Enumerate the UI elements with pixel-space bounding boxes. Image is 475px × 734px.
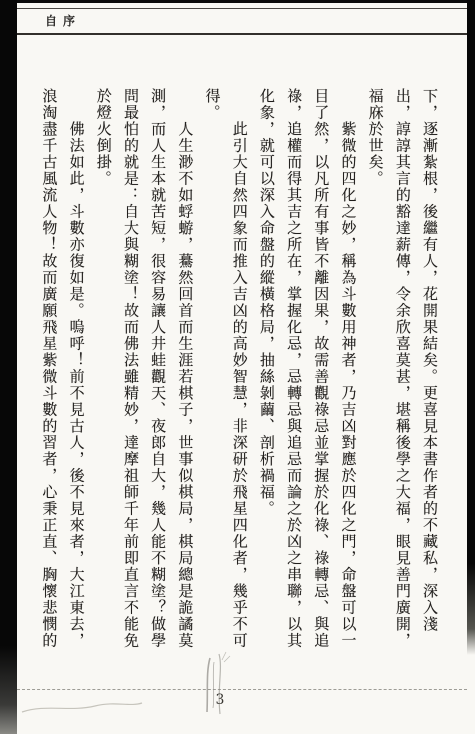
text-column: 此引大自然四象而推入吉凶的高妙智慧，非深研於飛星四化者，幾乎不可 bbox=[225, 88, 252, 654]
text-column: 問最怕的就是：自大與糊塗！故而佛法雖精妙，達摩祖師千年前即直言不能免 bbox=[116, 88, 143, 654]
text-column: 化象，就可以深入命盤的縱橫格局，抽絲剝繭、剖析禍福。 bbox=[252, 88, 279, 654]
text-column: 得。 bbox=[197, 88, 224, 654]
text-column: 測，而人生本就苦短，很容易讓人井蛙觀天、夜郎自大，幾人能不糊塗？做學 bbox=[143, 88, 170, 654]
text-column: 目了然，以凡所有事皆不離因果，故需善觀祿忌並掌握於化祿、祿轉忌、與追 bbox=[306, 88, 333, 654]
running-header-title: 自序 bbox=[45, 12, 81, 29]
header-bottom-rule bbox=[17, 33, 467, 35]
text-column: 出，諄諄其言的豁達薪傳，令余欣喜莫甚，堪稱後學之大福，眼見善門廣開， bbox=[388, 88, 415, 654]
scan-edge-left bbox=[0, 0, 17, 734]
text-column: 佛法如此，斗數亦復如是。嗚呼！前不見古人，後不見來者，大江東去， bbox=[61, 88, 88, 654]
text-column: 下，逐漸紮根，後繼有人，花開果結矣。更喜見本書作者的不藏私，深入淺 bbox=[415, 88, 442, 654]
scan-edge-top bbox=[0, 0, 475, 3]
text-column: 祿，追權而得其吉之所在，掌握化忌，忌轉忌與追忌而論之於凶之串聯，以其 bbox=[279, 88, 306, 654]
text-column: 浪淘盡千古風流人物！故而廣願飛星紫微斗數的習者，心秉正直、胸懷悲憫的 bbox=[34, 88, 61, 654]
page-body-text: 下，逐漸紮根，後繼有人，花開果結矣。更喜見本書作者的不藏私，深入淺出，諄諄其言的… bbox=[34, 88, 442, 654]
text-column: 紫微的四化之妙，稱為斗數用神者，乃吉凶對應於四化之門，命盤可以一 bbox=[333, 88, 360, 654]
scan-edge-right bbox=[467, 0, 475, 655]
text-column: 福庥於世矣。 bbox=[360, 88, 387, 654]
scanned-book-page: 自序 下，逐漸紮根，後繼有人，花開果結矣。更喜見本書作者的不藏私，深入淺出，諄諄… bbox=[0, 0, 475, 734]
pencil-scribble-artifact bbox=[22, 703, 142, 712]
footer-dashed-rule bbox=[17, 689, 467, 690]
page-number: 3 bbox=[205, 692, 235, 708]
text-column: 人生渺不如蜉蝣，驀然回首而生涯若棋子，世事似棋局，棋局總是詭譎莫 bbox=[170, 88, 197, 654]
text-column: 於燈火倒掛。 bbox=[89, 88, 116, 654]
header-top-rule bbox=[17, 8, 467, 9]
